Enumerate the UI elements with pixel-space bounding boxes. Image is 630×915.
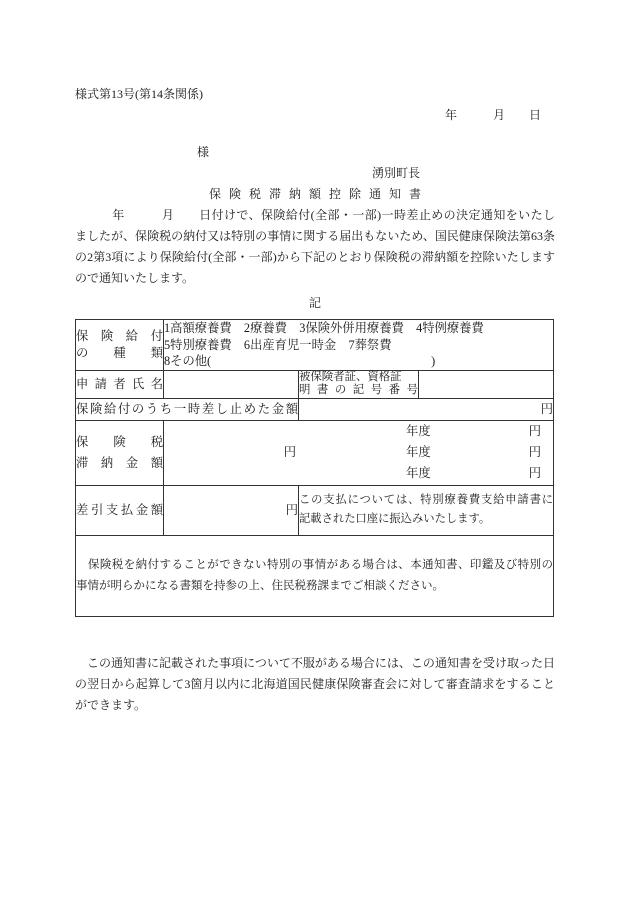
body-line: の2第3項により保険給付(全部・一部)から下記のとおり保険税の滞納額を控除いたし… (75, 247, 555, 268)
form-number: 様式第13号(第14条関係) (75, 84, 555, 105)
consultation-note: 保険税を納付することができない特別の事情がある場合は、本通知書、印鑑及び特別の … (76, 535, 554, 616)
benefit-options-line: 1高額療養費 2療養費 3保険外併用療養費 4特例療養費 (164, 320, 553, 337)
notice-table: 保険給付 の種類 1高額療養費 2療養費 3保険外併用療養費 4特例療養費 5特… (75, 319, 554, 617)
body-line: ので通知いたします。 (75, 268, 555, 289)
body-line: ましたが、保険税の納付又は特別の事情に関する届出もないため、国民健康保険法第63… (75, 226, 555, 247)
benefit-options-line: 5特別療養費 6出産育児一時金 7葬祭費 (164, 337, 553, 354)
appeal-line: この通知書に記載された事項について不服がある場合には、この通知書を受け取った日 (75, 653, 555, 674)
benefit-type-label: 保険給付 の種類 (76, 320, 164, 371)
insured-cert-number-label: 被保険者証、資格証 明書の記号番号 (299, 370, 419, 398)
document-page: 様式第13号(第14条関係) 年 月 日 様 湧別町長 保険税滞納額控除通知書 … (0, 0, 630, 915)
arrears-amount-cell: 円 年度円 年度円 年度円 (164, 420, 554, 485)
addressee-line: 様 (75, 142, 555, 163)
body-paragraph: 年 月 日付けで、保険給付(全部・一部)一時差止めの決定通知をいたし ましたが、… (75, 205, 555, 289)
sender-line: 湧別町長 (75, 163, 555, 184)
insured-cert-number-field (419, 370, 554, 398)
arrears-total-field: 円 (164, 442, 296, 463)
date-line: 年 月 日 (75, 105, 555, 126)
arrears-year-row: 年度円 (406, 442, 541, 463)
benefit-other-line: 8その他() (164, 353, 553, 370)
arrears-by-year: 年度円 年度円 年度円 (406, 421, 553, 484)
appeal-notice-paragraph: この通知書に記載された事項について不服がある場合には、この通知書を受け取った日 … (75, 653, 555, 716)
appeal-line: の翌日から起算して3箇月以内に北海道国民健康保険審査会に対して審査請求をすること (75, 674, 555, 695)
payment-method-note: この支払については、特別療養費支給申請書に 記載された口座に振込みいたします。 (299, 485, 554, 535)
withheld-amount-label: 保険給付のうち一時差し止めた金額 (76, 398, 299, 420)
appeal-line: ができます。 (75, 695, 555, 716)
applicant-name-field (164, 370, 299, 398)
arrears-amount-label: 保険税 滞納金額 (76, 420, 164, 485)
withheld-amount-field: 円 (299, 398, 554, 420)
arrears-year-row: 年度円 (406, 421, 541, 442)
balance-payment-field: 円 (164, 485, 299, 535)
balance-payment-label: 差引支払金額 (76, 485, 164, 535)
ki-heading: 記 (75, 293, 555, 314)
applicant-name-label: 申請者氏名 (76, 370, 164, 398)
arrears-year-row: 年度円 (406, 463, 541, 484)
document-title: 保険税滞納額控除通知書 (75, 184, 555, 205)
benefit-type-options: 1高額療養費 2療養費 3保険外併用療養費 4特例療養費 5特別療養費 6出産育… (164, 320, 554, 371)
body-line: 年 月 日付けで、保険給付(全部・一部)一時差止めの決定通知をいたし (75, 205, 555, 226)
